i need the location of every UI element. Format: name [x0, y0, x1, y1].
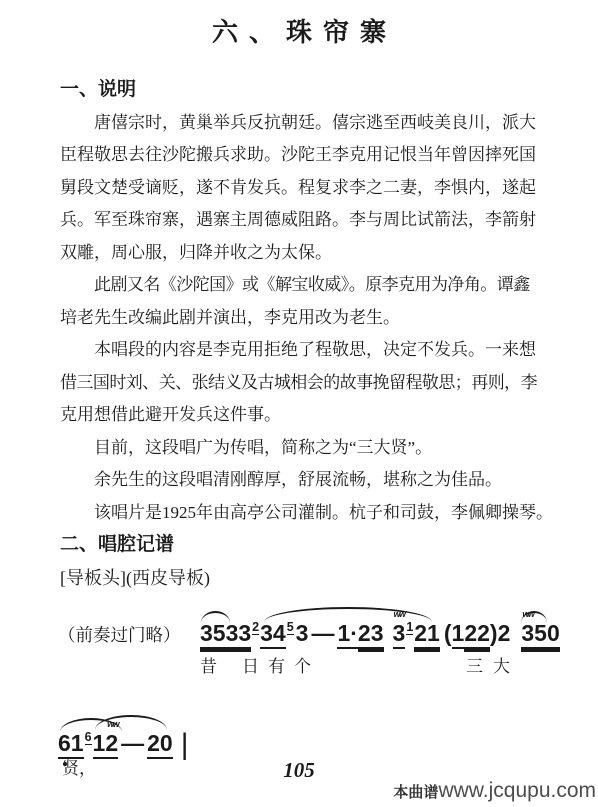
section1-heading: 一、说明 [60, 74, 540, 107]
note-23: 23 [358, 621, 384, 649]
text-line: 臣程敬思去往沙陀搬兵求助。沙陀王李克用记恨当年曾因摔死国 [60, 139, 540, 172]
lyrics-row-1: 昔 日有个 三大 [58, 652, 588, 676]
text-line: 目前，这段唱广为传唱，简称之为“三大贤”。 [60, 432, 540, 465]
grace-note-1: 1 [406, 621, 413, 635]
text-line: 兵。军至珠帘寨，遇寨主周德威阻路。李与周比试箭法，李箭射 [60, 204, 540, 237]
text-line: 本唱段的内容是李克用拒绝了程敬思，决定不发兵。一来想 [60, 334, 540, 367]
duration-dash: — [311, 621, 334, 647]
watermark-label: 本曲谱 [393, 784, 438, 801]
notation-line-2: 616ww12—20| [58, 708, 358, 759]
note-1-dotted: 1· [337, 621, 357, 649]
note-350: ww350 [521, 621, 559, 649]
text-line: 借三国时刘、关、张结义及古城相会的故事挽留程敬思；再则，李 [60, 367, 540, 400]
note-20: 20 [147, 731, 173, 759]
text-line: 唐僖宗时，黄巢举兵反抗朝廷。僖宗逃至西岐美良川，派大 [60, 107, 540, 140]
slur [95, 715, 167, 730]
text-line: 余先生的这段唱清刚醇厚，舒展流畅，堪称之为佳品。 [60, 464, 540, 497]
trill-ornament: ww [522, 610, 533, 619]
page-title: 六、珠帘寨 [0, 12, 598, 49]
lyric: 日有个 [242, 652, 320, 677]
paren-open: ( [444, 621, 452, 647]
paren-close: ) [490, 621, 498, 647]
trill-ornament: ww [394, 610, 405, 619]
watermark-url: www.jcqupu.com [438, 779, 596, 802]
note-1: 1 [452, 621, 465, 649]
lyric: 三大 [466, 652, 520, 677]
note-21: 21 [414, 621, 440, 649]
note-22: 22 [464, 621, 490, 649]
note-2: 2 [498, 621, 511, 647]
section2-heading: 二、唱腔记谱 [60, 529, 540, 562]
book-page: 六、珠帘寨 一、说明 唐僖宗时，黄巢举兵反抗朝廷。僖宗逃至西岐美良川，派大 臣程… [0, 0, 598, 807]
note-3533: 3533 [200, 621, 251, 649]
banshi-label: [导板头](西皮导板) [60, 562, 540, 595]
text-line: 舅段文楚受谪贬，遂不肯发兵。程复求李之二妻，李惧内，遂起 [60, 172, 540, 205]
notation-line-1: （前奏过门略）353323453—1·23ww3121(122)2ww350 [58, 604, 588, 649]
watermark: 本曲谱www.jcqupu.com [393, 779, 596, 803]
text-line: 培老先生改编此剧并演出，李克用改为老生。 [60, 302, 540, 335]
text-line: 此剧又名《沙陀国》或《解宝收威》。原李克用为净角。谭鑫 [60, 269, 540, 302]
grace-note-2: 2 [252, 621, 259, 635]
slur [201, 611, 230, 623]
note-12: ww12 [93, 731, 119, 759]
text-line: 该唱片是1925年由高亭公司灌制。杭子和司鼓，李佩卿操琴。 [60, 497, 540, 530]
note-34: 34 [260, 621, 286, 649]
grace-note-6: 6 [85, 731, 92, 745]
duration-dash: — [121, 731, 144, 757]
grace-note-5: 5 [287, 621, 294, 635]
text-block: 一、说明 唐僖宗时，黄巢举兵反抗朝廷。僖宗逃至西岐美良川，派大 臣程敬思去往沙陀… [60, 74, 540, 594]
prelude-label: （前奏过门略） [58, 622, 200, 647]
note-3-ornamented: ww3 [393, 621, 406, 649]
trill-ornament: ww [107, 720, 118, 729]
note-3: 3 [296, 621, 309, 647]
text-line: 双雕，周心服，归降并收之为太保。 [60, 237, 540, 270]
lyric: 昔 [200, 652, 217, 677]
text-line: 克用想借此避开发兵这件事。 [60, 399, 540, 432]
